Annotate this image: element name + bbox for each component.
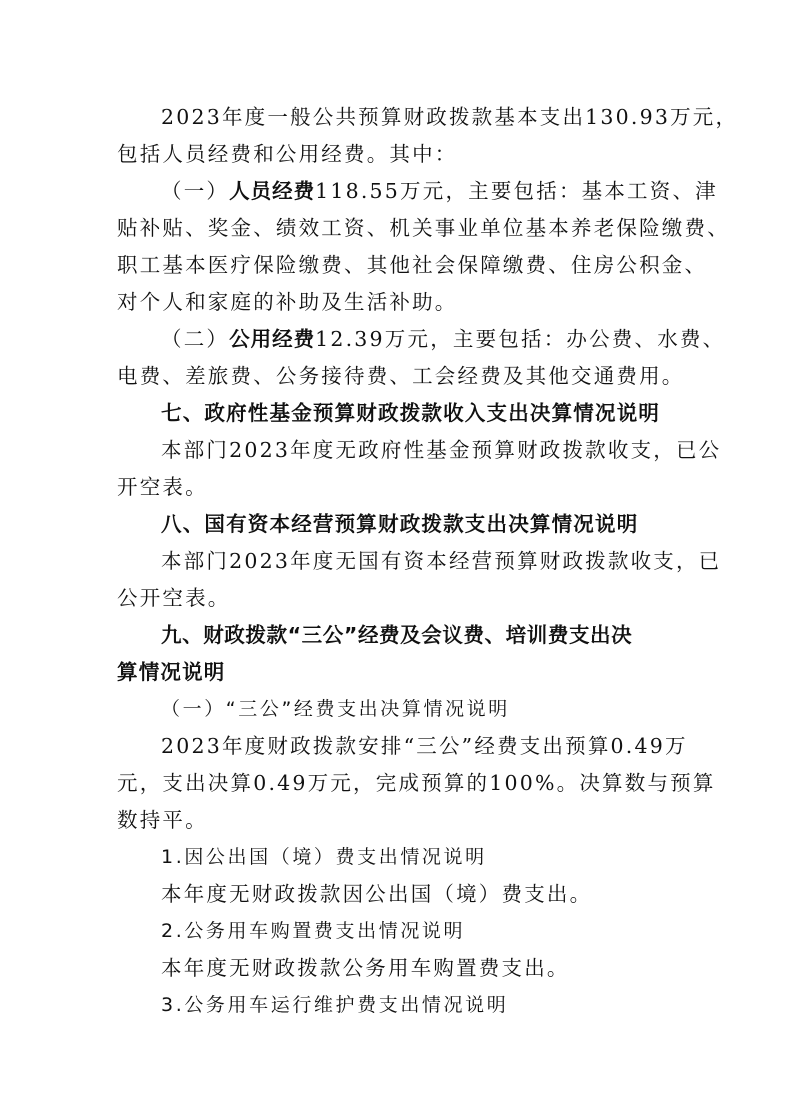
section-heading-eight: 八、国有资本经营预算财政拨款支出决算情况说明 (117, 506, 679, 543)
public-expense-paragraph: （二）公用经费12.39万元，主要包括：办公费、水费、 (117, 321, 679, 358)
list-marker: （二） (161, 327, 229, 351)
subsection-heading-three-public: （一）“三公”经费支出决算情况说明 (117, 691, 679, 728)
document-page: 2023年度一般公共预算财政拨款基本支出130.93万元， 包括人员经费和公用经… (117, 99, 679, 1024)
paragraph-line: 公开空表。 (117, 580, 679, 617)
section-heading-seven: 七、政府性基金预算财政拨款收入支出决算情况说明 (117, 395, 679, 432)
paragraph-line: 本年度无财政拨款因公出国（境）费支出。 (117, 876, 679, 913)
public-expense-term: 公用经费 (229, 327, 315, 351)
list-marker: （一） (161, 179, 229, 203)
item-heading-vehicle-maintenance: 3.公务用车运行维护费支出情况说明 (117, 987, 679, 1024)
paragraph-line: 对个人和家庭的补助及生活补助。 (117, 284, 679, 321)
item-heading-overseas-travel: 1.因公出国（境）费支出情况说明 (117, 839, 679, 876)
personnel-expense-term: 人员经费 (229, 179, 315, 203)
paragraph-line: 电费、差旅费、公务接待费、工会经费及其他交通费用。 (117, 358, 679, 395)
paragraph-line: 贴补贴、奖金、绩效工资、机关事业单位基本养老保险缴费、 (117, 210, 679, 247)
paragraph-line: 2023年度一般公共预算财政拨款基本支出130.93万元， (117, 99, 679, 136)
section-heading-nine: 九、财政拨款“三公”经费及会议费、培训费支出决 (117, 617, 679, 654)
paragraph-line: 本部门2023年度无国有资本经营预算财政拨款收支，已 (117, 543, 679, 580)
paragraph-text: 118.55万元，主要包括：基本工资、津 (315, 179, 718, 203)
paragraph-line: 元，支出决算0.49万元，完成预算的100%。决算数与预算 (117, 765, 679, 802)
paragraph-line: 职工基本医疗保险缴费、其他社会保障缴费、住房公积金、 (117, 247, 679, 284)
paragraph-line: 2023年度财政拨款安排“三公”经费支出预算0.49万 (117, 728, 679, 765)
paragraph-text: 12.39万元，主要包括：办公费、水费、 (315, 327, 725, 351)
personnel-expense-paragraph: （一）人员经费118.55万元，主要包括：基本工资、津 (117, 173, 679, 210)
paragraph-line: 包括人员经费和公用经费。其中： (117, 136, 679, 173)
paragraph-line: 本年度无财政拨款公务用车购置费支出。 (117, 950, 679, 987)
paragraph-line: 本部门2023年度无政府性基金预算财政拨款收支，已公 (117, 432, 679, 469)
item-heading-vehicle-purchase: 2.公务用车购置费支出情况说明 (117, 913, 679, 950)
section-heading-nine-cont: 算情况说明 (117, 654, 679, 691)
paragraph-line: 开空表。 (117, 469, 679, 506)
paragraph-line: 数持平。 (117, 802, 679, 839)
